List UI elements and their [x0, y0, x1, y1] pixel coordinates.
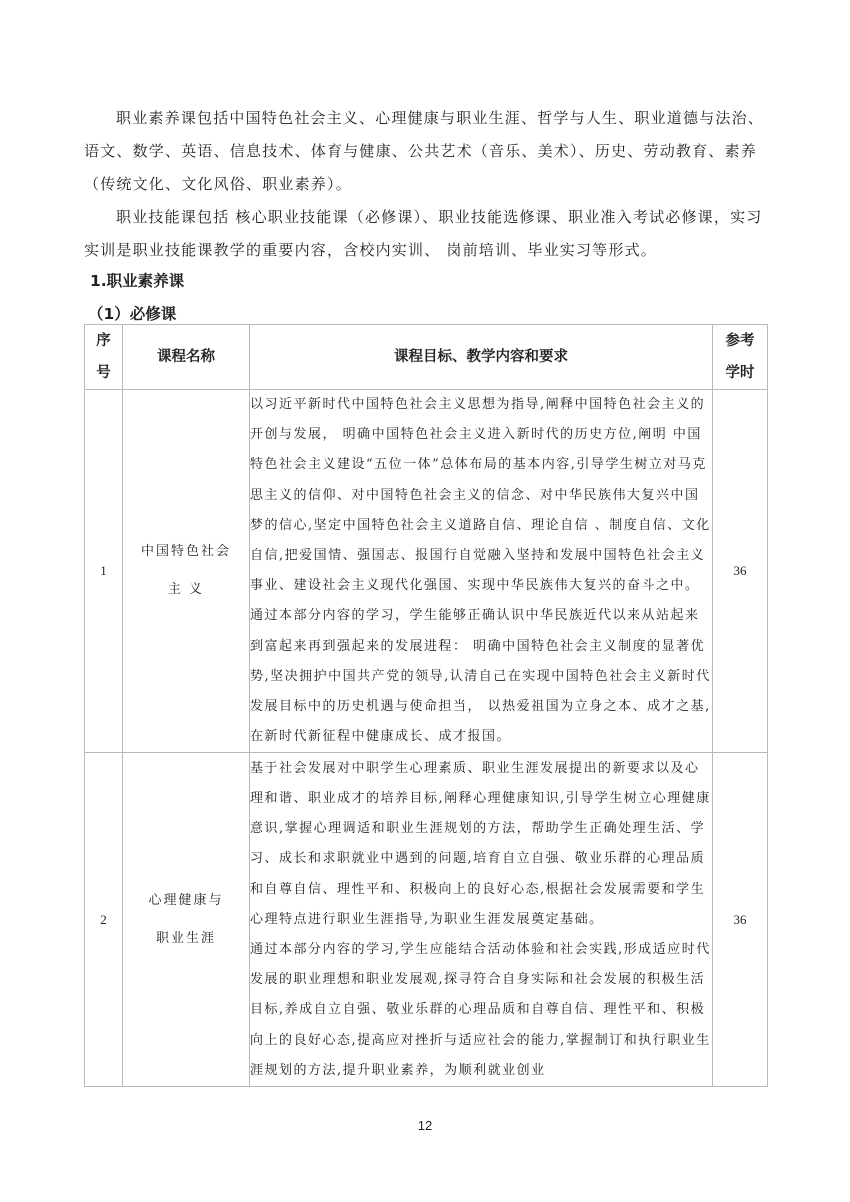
intro-paragraph-2-text: 职业技能课包括 核心职业技能课（必修课）、职业技能选修课、职业准入考试必修课，实… [84, 208, 762, 259]
row-course-content: 基于社会发展对中职学生心理素质、职业生涯发展提出的新要求以及心理和谐、职业成才的… [250, 753, 713, 1087]
course-table: 序 号 课程名称 课程目标、教学内容和要求 参考 学时 1 中国特色社会 主 义… [84, 324, 768, 1087]
course-name-line1: 中国特色社会 [123, 533, 249, 571]
intro-paragraph-2: 职业技能课包括 核心职业技能课（必修课）、职业技能选修课、职业准入考试必修课，实… [84, 201, 774, 267]
course-content-paragraph: 通过本部分内容的学习,学生应能结合活动体验和社会实践,形成适应时代发展的职业理想… [250, 935, 712, 1086]
course-name-line2: 职业生涯 [123, 920, 249, 958]
course-name-line2: 主 义 [123, 571, 249, 609]
table-row: 1 中国特色社会 主 义 以习近平新时代中国特色社会主义思想为指导,阐释中国特色… [85, 390, 768, 753]
table-row: 2 心理健康与 职业生涯 基于社会发展对中职学生心理素质、职业生涯发展提出的新要… [85, 753, 768, 1087]
section-heading: 1.职业素养课 [90, 269, 184, 291]
course-content-paragraph: 基于社会发展对中职学生心理素质、职业生涯发展提出的新要求以及心理和谐、职业成才的… [250, 754, 712, 935]
page-number: 12 [0, 1118, 850, 1133]
header-hours: 参考 学时 [713, 325, 768, 390]
row-course-content: 以习近平新时代中国特色社会主义思想为指导,阐释中国特色社会主义的开创与发展， 明… [250, 390, 713, 753]
course-content-paragraph: 以习近平新时代中国特色社会主义思想为指导,阐释中国特色社会主义的开创与发展， 明… [250, 390, 712, 601]
row-index: 1 [85, 390, 123, 753]
header-content: 课程目标、教学内容和要求 [250, 325, 713, 390]
header-index-line1: 序 [85, 325, 122, 357]
row-hours: 36 [713, 390, 768, 753]
intro-paragraph-1: 职业素养课包括中国特色社会主义、心理健康与职业生涯、哲学与人生、职业道德与法治、… [84, 102, 774, 201]
row-hours: 36 [713, 753, 768, 1087]
course-content-paragraph: 通过本部分内容的学习，学生能够正确认识中华民族近代以来从站起来到富起来再到强起来… [250, 601, 712, 752]
row-course-name: 中国特色社会 主 义 [123, 390, 250, 753]
header-hours-line2: 学时 [713, 357, 767, 389]
header-index: 序 号 [85, 325, 123, 390]
row-index: 2 [85, 753, 123, 1087]
header-index-line2: 号 [85, 357, 122, 389]
table-header-row: 序 号 课程名称 课程目标、教学内容和要求 参考 学时 [85, 325, 768, 390]
intro-paragraph-1-text: 职业素养课包括中国特色社会主义、心理健康与职业生涯、哲学与人生、职业道德与法治、… [84, 109, 764, 193]
row-course-name: 心理健康与 职业生涯 [123, 753, 250, 1087]
course-name-line1: 心理健康与 [123, 882, 249, 920]
header-name: 课程名称 [123, 325, 250, 390]
header-hours-line1: 参考 [713, 325, 767, 357]
section-subheading: （1）必修课 [88, 302, 176, 324]
